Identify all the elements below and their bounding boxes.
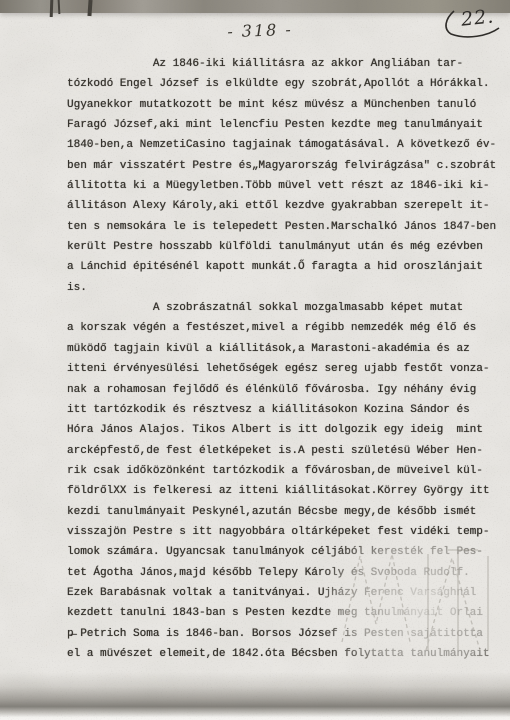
text-line: földrőlXX is felkeresi az itteni kiállit… bbox=[67, 481, 499, 501]
text-line: Az 1846-iki kiállitásra az akkor Angliáb… bbox=[67, 54, 499, 74]
text-line: állitotta ki a Müegyletben.Több müvel ve… bbox=[67, 176, 499, 196]
text-line: arcképfestő,de fest életképeket is.A pes… bbox=[67, 441, 499, 461]
page-number: - 318 - bbox=[200, 19, 321, 42]
text-line: itt tartózkodik és résztvesz a kiállitás… bbox=[67, 400, 499, 420]
text-line: a Lánchid épitésénél kapott munkát.Ő far… bbox=[67, 257, 499, 277]
text-line: visszajön Pestre s itt nagyobbára oltárk… bbox=[67, 522, 499, 542]
text-line: p̶ Petrich Soma is 1846-ban. Borsos Józs… bbox=[67, 624, 499, 644]
text-line: kezdett tanulni 1843-ban s Pesten kezdte… bbox=[67, 603, 499, 623]
text-line: a korszak végén a festészet,mivel a régi… bbox=[67, 318, 499, 338]
corner-page-index: 22. bbox=[460, 5, 495, 30]
text-line: Ugyanekkor mutatkozott be mint kész müvé… bbox=[67, 95, 499, 115]
text-line: állitáson Alexy Károly,aki ettől kezdve … bbox=[67, 196, 499, 216]
text-line: Hóra János Alajos. Tikos Albert is itt d… bbox=[67, 420, 499, 440]
text-line: müködő tagjain kivül a kiállitások,a Mar… bbox=[67, 339, 499, 359]
text-line: lomok számára. Ugyancsak tanulmányok cél… bbox=[67, 542, 499, 562]
scanned-document-page: Az 1846-iki kiállitásra az akkor Angliáb… bbox=[0, 0, 510, 720]
text-line: Faragó József,aki mint lelencfiu Pesten … bbox=[67, 115, 499, 135]
text-line: is. bbox=[67, 278, 499, 298]
text-line: el a müvészet elemeit,de 1842.óta Bécsbe… bbox=[67, 644, 499, 664]
text-line: kezdi tanulmányait Peskynél,azután Bécsb… bbox=[67, 502, 499, 522]
typewritten-text: Az 1846-iki kiállitásra az akkor Angliáb… bbox=[67, 54, 499, 664]
scan-edge-mark bbox=[87, 0, 92, 16]
text-line: ten s nemsokára le is telepedett Pesten.… bbox=[67, 217, 499, 237]
scan-bottom-edge bbox=[0, 672, 510, 720]
scan-top-edge bbox=[0, 0, 510, 13]
text-line: tózkodó Engel József is elküldte egy szo… bbox=[67, 74, 499, 94]
scan-edge-mark bbox=[50, 0, 54, 17]
text-line: került Pestre hosszabb külföldi tanulmán… bbox=[67, 237, 499, 257]
text-line: rik csak időközönként tartózkodik a fővá… bbox=[67, 461, 499, 481]
text-line: A szobrászatnál sokkal mozgalmasabb képe… bbox=[67, 298, 499, 318]
text-line: nak a rohamosan fejlődő és élénkülő fővá… bbox=[67, 380, 499, 400]
text-line: itteni érvényesülési lehetőségek egész s… bbox=[67, 359, 499, 379]
text-line: 1840-ben,a NemzetiCasino tagjainak támog… bbox=[67, 135, 499, 155]
text-line: ben már visszatért Pestre és„Magyarorszá… bbox=[67, 156, 499, 176]
text-line: Ezek Barabásnak voltak a tanitványai. Uj… bbox=[67, 583, 499, 603]
text-line: tet Ágotha János,majd később Telepy Káro… bbox=[67, 563, 499, 583]
